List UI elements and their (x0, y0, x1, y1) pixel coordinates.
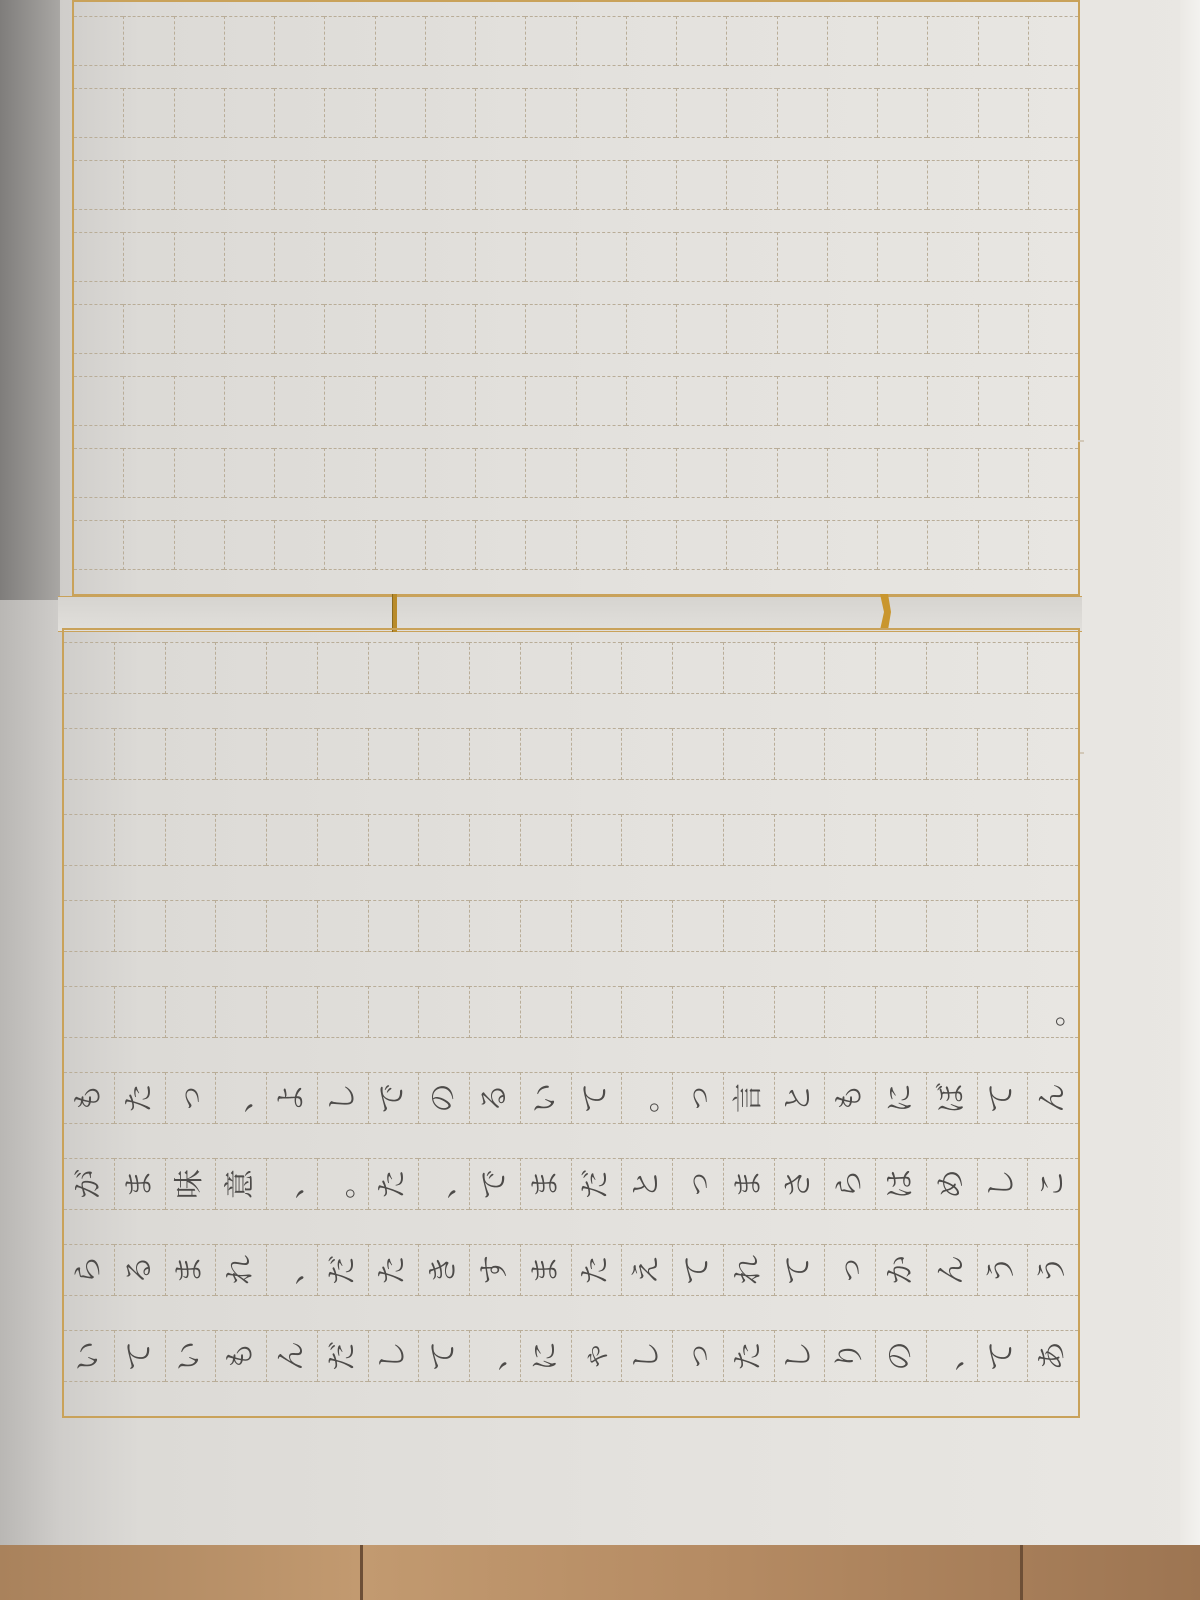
grid-cell (977, 728, 1028, 780)
grid-band (64, 642, 1078, 694)
grid-cell (165, 986, 216, 1038)
grid-cell (520, 814, 571, 866)
grid-cell (266, 814, 317, 866)
grid-band (64, 728, 1078, 780)
center-mark-bar (392, 594, 397, 632)
grid-cell (621, 986, 672, 1038)
grid-cell (368, 900, 419, 952)
grid-cell (1027, 728, 1078, 780)
grid-cell (375, 160, 425, 210)
grid-cell (74, 304, 123, 354)
handwritten-character: り (835, 1341, 865, 1371)
handwritten-character: に (886, 1083, 916, 1113)
handwritten-character: て (784, 1255, 814, 1285)
grid-cell (827, 520, 877, 570)
grid-cell: 言 (723, 1072, 774, 1124)
grid-cell (626, 376, 676, 426)
grid-cell (469, 900, 520, 952)
handwritten-character: だ (328, 1255, 358, 1285)
grid-cell (1028, 376, 1078, 426)
handwritten-character: た (378, 1169, 408, 1199)
grid-cell: 、 (266, 1244, 317, 1296)
grid-cell (74, 232, 123, 282)
handwritten-character: た (581, 1255, 611, 1285)
grid-cell (520, 642, 571, 694)
grid-cell (425, 448, 475, 498)
grid-cell (626, 88, 676, 138)
grid-cell (475, 160, 525, 210)
grid-cell (576, 88, 626, 138)
handwritten-character: し (378, 1341, 408, 1371)
grid-cell (676, 376, 726, 426)
handwritten-character: 、 (277, 1255, 307, 1285)
grid-cell: し (317, 1072, 368, 1124)
grid-cell: だ (317, 1330, 368, 1382)
grid-cell (927, 88, 977, 138)
grid-cell: り (824, 1330, 875, 1382)
grid-cell: っ (672, 1072, 723, 1124)
grid-cell (824, 900, 875, 952)
grid-cell (621, 814, 672, 866)
grid-cell (475, 448, 525, 498)
grid-cell: 、 (215, 1072, 266, 1124)
grid-cell (926, 814, 977, 866)
grid-cell (64, 814, 114, 866)
grid-cell (165, 814, 216, 866)
handwritten-character: っ (683, 1169, 713, 1199)
grid-cell: っ (824, 1244, 875, 1296)
handwritten-character: し (784, 1341, 814, 1371)
handwritten-character: 言 (734, 1083, 764, 1113)
grid-cell (324, 448, 374, 498)
handwritten-character: 、 (480, 1341, 510, 1371)
grid-cell (726, 304, 776, 354)
handwritten-character: ま (125, 1169, 155, 1199)
grid-cell (926, 642, 977, 694)
grid-band (74, 88, 1078, 138)
grid-cell (824, 814, 875, 866)
grid-cell (274, 376, 324, 426)
handwritten-character: っ (683, 1083, 713, 1113)
grid-band (64, 900, 1078, 952)
grid-cell (274, 232, 324, 282)
grid-cell (425, 16, 475, 66)
grid-cell: だ (571, 1158, 622, 1210)
handwritten-character: ら (74, 1255, 104, 1285)
grid-cell (375, 520, 425, 570)
grid-cell (676, 304, 726, 354)
grid-cell (927, 16, 977, 66)
grid-cell (274, 88, 324, 138)
grid-cell (1028, 304, 1078, 354)
grid-cell (571, 642, 622, 694)
grid-cell: て (977, 1072, 1028, 1124)
grid-cell (777, 376, 827, 426)
grid-cell (571, 986, 622, 1038)
grid-cell: れ (723, 1244, 774, 1296)
grid-cell (215, 642, 266, 694)
grid-cell (621, 900, 672, 952)
grid-cell (777, 16, 827, 66)
grid-cell (723, 642, 774, 694)
handwritten-character: だ (328, 1341, 358, 1371)
grid-cell (266, 986, 317, 1038)
grid-cell (824, 728, 875, 780)
grid-cell: さ (774, 1158, 825, 1210)
handwritten-character: ま (531, 1255, 561, 1285)
grid-cell: 意 (215, 1158, 266, 1210)
handwritten-character: ら (835, 1169, 865, 1199)
grid-cell: 、 (418, 1158, 469, 1210)
grid-cell (723, 814, 774, 866)
grid-cell (877, 376, 927, 426)
grid-cell (165, 728, 216, 780)
handwritten-character: し (987, 1169, 1017, 1199)
grid-cell: っ (672, 1330, 723, 1382)
grid-cell (215, 728, 266, 780)
grid-cell (317, 728, 368, 780)
grid-cell (525, 376, 575, 426)
handwritten-character: ん (1038, 1083, 1068, 1113)
grid-cell (777, 304, 827, 354)
grid-cell (368, 814, 419, 866)
grid-cell (576, 160, 626, 210)
grid-cell (977, 642, 1028, 694)
grid-cell: い (165, 1330, 216, 1382)
grid-band: らるまれ、だたきすまたえてれてっかんうう (64, 1244, 1078, 1296)
grid-cell (877, 520, 927, 570)
handwritten-character: で (378, 1083, 408, 1113)
grid-cell (74, 160, 123, 210)
handwritten-character: 、 (937, 1341, 967, 1371)
grid-cell (576, 376, 626, 426)
grid-band (74, 376, 1078, 426)
handwritten-character: え (632, 1255, 662, 1285)
grid-cell (174, 160, 224, 210)
grid-cell (726, 232, 776, 282)
grid-cell (418, 642, 469, 694)
grid-cell (777, 520, 827, 570)
grid-cell (777, 232, 827, 282)
grid-cell (317, 986, 368, 1038)
grid-cell: れ (215, 1244, 266, 1296)
grid-cell (927, 376, 977, 426)
handwritten-character: て (581, 1083, 611, 1113)
grid-cell (469, 986, 520, 1038)
handwritten-character: も (74, 1083, 104, 1113)
grid-cell (875, 728, 926, 780)
grid-cell (375, 16, 425, 66)
grid-cell (114, 814, 165, 866)
grid-cell (926, 728, 977, 780)
grid-cell (774, 900, 825, 952)
grid-cell (317, 642, 368, 694)
grid-cell (324, 16, 374, 66)
grid-cell (64, 986, 114, 1038)
handwritten-character: あ (1038, 1341, 1068, 1371)
grid-cell (926, 900, 977, 952)
manuscript-sheet: 。もたっ、よしでのるいて。っ言ともにぼてんがま味意、。た、でまだとっまさらはめし… (0, 0, 1200, 1545)
grid-cell: う (977, 1244, 1028, 1296)
grid-cell (224, 376, 274, 426)
grid-cell (621, 728, 672, 780)
grid-cell (174, 304, 224, 354)
grid-cell (274, 520, 324, 570)
grid-cell (525, 304, 575, 354)
grid-cell (672, 900, 723, 952)
grid-cell (520, 728, 571, 780)
grid-cell (74, 448, 123, 498)
grid-cell (215, 814, 266, 866)
grid-cell: ら (824, 1158, 875, 1210)
grid-cell (927, 304, 977, 354)
handwritten-character: 、 (226, 1083, 256, 1113)
grid-cell (777, 88, 827, 138)
handwritten-character: て (987, 1083, 1017, 1113)
grid-cell (266, 728, 317, 780)
grid-cell (224, 16, 274, 66)
grid-cell (215, 900, 266, 952)
grid-cell (626, 304, 676, 354)
grid-cell (777, 160, 827, 210)
handwritten-character: れ (226, 1255, 256, 1285)
grid-cell (418, 900, 469, 952)
grid-cell: あ (1027, 1330, 1078, 1382)
grid-cell (875, 814, 926, 866)
grid-cell (576, 304, 626, 354)
grid-cell: 。 (1027, 986, 1078, 1038)
grid-cell (475, 16, 525, 66)
grid-cell: た (723, 1330, 774, 1382)
grid-cell (672, 986, 723, 1038)
grid-cell (676, 160, 726, 210)
grid-cell (123, 376, 173, 426)
grid-cell: ま (520, 1244, 571, 1296)
grid-cell (927, 232, 977, 282)
grid-cell (324, 232, 374, 282)
grid-cell: 。 (621, 1072, 672, 1124)
grid-cell (123, 232, 173, 282)
handwritten-character: れ (734, 1255, 764, 1285)
handwritten-character: る (125, 1255, 155, 1285)
grid-cell (1028, 520, 1078, 570)
grid-cell (875, 986, 926, 1038)
grid-cell (726, 448, 776, 498)
handwritten-character: は (886, 1169, 916, 1199)
grid-cell: て (977, 1330, 1028, 1382)
grid-cell (927, 448, 977, 498)
grid-band (64, 814, 1078, 866)
grid-cell (1028, 448, 1078, 498)
center-gutter (58, 596, 1082, 632)
grid-cell (978, 520, 1028, 570)
grid-cell (123, 160, 173, 210)
grid-cell (1028, 160, 1078, 210)
grid-cell (827, 232, 877, 282)
grid-cell (174, 88, 224, 138)
grid-cell: に (875, 1072, 926, 1124)
grid-cell: と (621, 1158, 672, 1210)
handwritten-character: ま (734, 1169, 764, 1199)
grid-cell (475, 520, 525, 570)
edge-tick (1078, 440, 1084, 442)
grid-band (74, 232, 1078, 282)
grid-cell (774, 814, 825, 866)
grid-band (74, 160, 1078, 210)
grid-cell: て (672, 1244, 723, 1296)
grid-cell: で (469, 1158, 520, 1210)
handwritten-character: る (480, 1083, 510, 1113)
grid-cell (174, 448, 224, 498)
grid-cell (165, 642, 216, 694)
grid-cell (114, 642, 165, 694)
handwritten-character: い (531, 1083, 561, 1113)
grid-cell (824, 986, 875, 1038)
grid-cell (576, 448, 626, 498)
grid-band (74, 520, 1078, 570)
grid-cell (977, 900, 1028, 952)
grid-cell (165, 900, 216, 952)
handwritten-character: め (937, 1169, 967, 1199)
grid-cell (425, 304, 475, 354)
grid-cell (418, 728, 469, 780)
handwritten-character: っ (835, 1255, 865, 1285)
grid-cell (726, 88, 776, 138)
grid-cell (425, 376, 475, 426)
shadow (0, 0, 60, 600)
grid-cell: で (368, 1072, 419, 1124)
grid-cell (1027, 642, 1078, 694)
handwritten-character: も (835, 1083, 865, 1113)
handwritten-character: て (125, 1341, 155, 1371)
grid-cell (626, 160, 676, 210)
grid-cell: ま (165, 1244, 216, 1296)
grid-cell (672, 814, 723, 866)
grid-cell (475, 88, 525, 138)
grid-cell (375, 88, 425, 138)
grid-band: がま味意、。た、でまだとっまさらはめしこ (64, 1158, 1078, 1210)
grid-cell (576, 16, 626, 66)
grid-cell (425, 520, 475, 570)
grid-band (74, 448, 1078, 498)
grid-cell (926, 986, 977, 1038)
grid-cell (977, 986, 1028, 1038)
grid-cell (1027, 814, 1078, 866)
grid-cell (774, 642, 825, 694)
grid-cell (977, 814, 1028, 866)
grid-cell (274, 448, 324, 498)
handwritten-character: て (987, 1341, 1017, 1371)
grid-cell (571, 900, 622, 952)
grid-cell (123, 448, 173, 498)
grid-cell: た (571, 1244, 622, 1296)
grid-cell (621, 642, 672, 694)
handwritten-character: っ (175, 1083, 205, 1113)
grid-cell (224, 88, 274, 138)
grid-cell: 、 (926, 1330, 977, 1382)
grid-cell: っ (672, 1158, 723, 1210)
grid-cell (978, 304, 1028, 354)
grid-cell (827, 16, 877, 66)
grid-cell: た (114, 1072, 165, 1124)
handwritten-character: ま (175, 1255, 205, 1285)
handwritten-character: よ (277, 1083, 307, 1113)
handwritten-character: た (734, 1341, 764, 1371)
grid-cell (123, 88, 173, 138)
grid-cell (827, 448, 877, 498)
grid-cell (123, 16, 173, 66)
grid-cell (626, 16, 676, 66)
grid-cell: 味 (165, 1158, 216, 1210)
grid-cell (877, 16, 927, 66)
handwritten-character: い (74, 1341, 104, 1371)
grid-cell (676, 16, 726, 66)
grid-cell: か (875, 1244, 926, 1296)
handwritten-character: っ (683, 1341, 713, 1371)
grid-cell (368, 986, 419, 1038)
grid-cell: き (418, 1244, 469, 1296)
grid-cell (418, 986, 469, 1038)
grid-cell: て (114, 1330, 165, 1382)
grid-cell: し (977, 1158, 1028, 1210)
grid-cell (525, 160, 575, 210)
grid-band: いていもんだして、にゃしったしりの、てあ (64, 1330, 1078, 1382)
grid-cell: の (875, 1330, 926, 1382)
desk-seam (360, 1540, 363, 1600)
grid-cell (224, 448, 274, 498)
grid-cell: う (1027, 1244, 1078, 1296)
grid-cell (64, 728, 114, 780)
grid-cell: 、 (266, 1158, 317, 1210)
grid-cell (525, 16, 575, 66)
handwritten-character: て (429, 1341, 459, 1371)
grid-cell (174, 376, 224, 426)
grid-cell (266, 642, 317, 694)
grid-cell (726, 520, 776, 570)
grid-cell (114, 986, 165, 1038)
desk-seam (1020, 1540, 1023, 1600)
grid-cell (375, 304, 425, 354)
grid-cell: て (774, 1244, 825, 1296)
grid-cell: ゃ (571, 1330, 622, 1382)
grid-cell (877, 232, 927, 282)
grid-cell (174, 16, 224, 66)
handwritten-character: ん (277, 1341, 307, 1371)
grid-cell (324, 304, 374, 354)
top-page-grid (72, 0, 1080, 596)
grid-cell (475, 232, 525, 282)
grid-cell (274, 160, 324, 210)
grid-cell: っ (165, 1072, 216, 1124)
handwritten-character: 意 (226, 1169, 256, 1199)
handwritten-character: ま (531, 1169, 561, 1199)
handwritten-character: た (125, 1083, 155, 1113)
grid-cell (978, 160, 1028, 210)
handwritten-character: 。 (1038, 997, 1068, 1027)
handwritten-character: い (175, 1341, 205, 1371)
grid-cell: ん (926, 1244, 977, 1296)
grid-cell (418, 814, 469, 866)
grid-cell: し (621, 1330, 672, 1382)
grid-cell: し (368, 1330, 419, 1382)
grid-cell (576, 520, 626, 570)
grid-cell (1028, 16, 1078, 66)
grid-cell (520, 900, 571, 952)
grid-cell: ま (723, 1158, 774, 1210)
grid-cell: は (875, 1158, 926, 1210)
grid-cell: め (926, 1158, 977, 1210)
handwritten-character: の (429, 1083, 459, 1113)
